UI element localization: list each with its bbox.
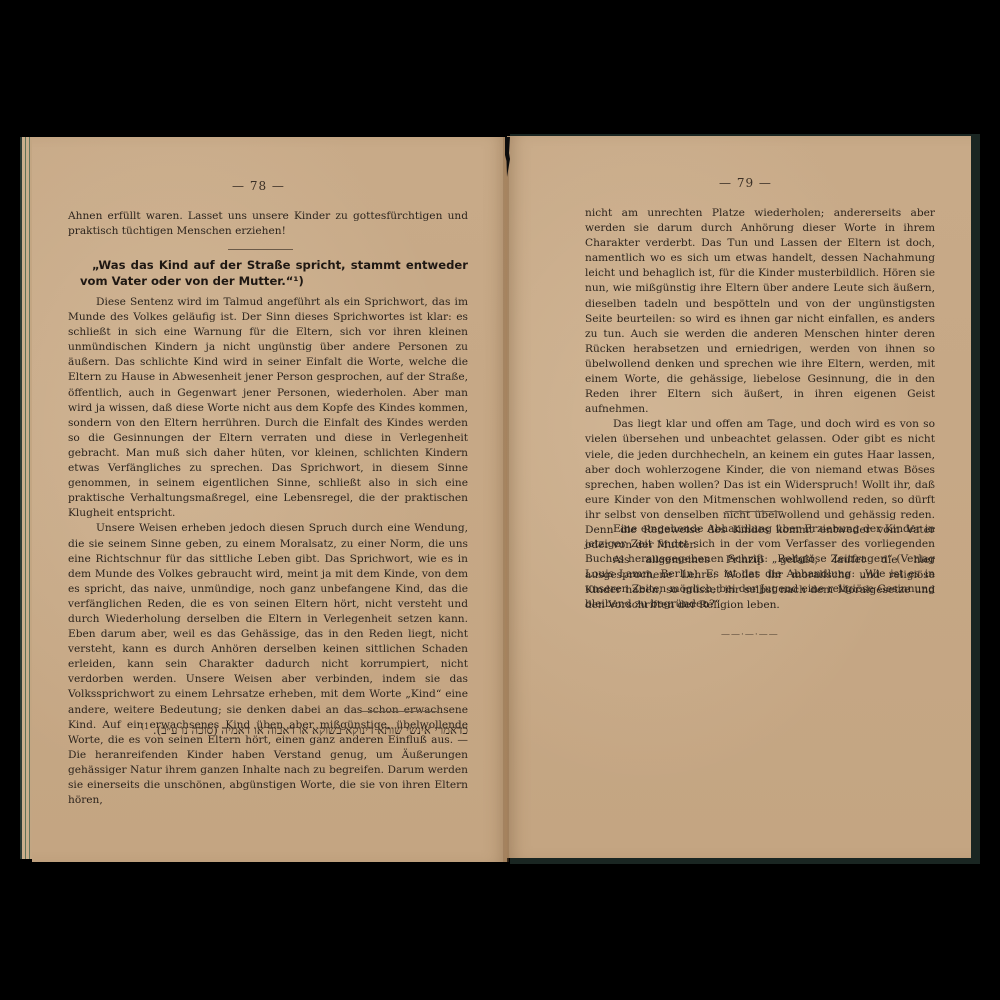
right-page: — 79 — nicht am unrechten Platze wiederh…	[507, 136, 971, 858]
paragraph: Diese Sentenz wird im Talmud angeführt a…	[68, 295, 468, 521]
opening-text: Ahnen erfüllt waren. Lasset uns unsere K…	[68, 209, 468, 239]
reference-note: Eine eingehende Abhandlung über Erziehun…	[585, 522, 935, 613]
section-divider	[228, 249, 293, 250]
paragraph: nicht am unrechten Platze wiederholen; a…	[585, 206, 935, 417]
footnote: כדאמרי אינשי שותא דינוקא בשוקא או דאבוה …	[68, 717, 468, 740]
book-gutter	[503, 137, 509, 862]
right-note: Eine eingehende Abhandlung über Erziehun…	[585, 522, 935, 613]
book-cover-left-edge	[20, 137, 32, 859]
footnote-text: כדאמרי אינשי שותא דינוקא בשוקא או דאבוה …	[153, 723, 468, 737]
page-number-right: — 79 —	[719, 176, 772, 190]
footnote-divider	[362, 711, 437, 712]
footnote-marker: 1)	[141, 722, 149, 731]
paragraph: Unsere Weisen erheben jedoch diesen Spru…	[68, 521, 468, 808]
page-number-left: — 78 —	[232, 179, 285, 193]
open-book: — 78 — Ahnen erfüllt waren. Lasset uns u…	[0, 0, 1000, 1000]
section-divider	[725, 511, 783, 512]
section-heading: „Was das Kind auf der Straße spricht, st…	[80, 257, 468, 289]
left-opening-lines: Ahnen erfüllt waren. Lasset uns unsere K…	[68, 209, 468, 239]
end-ornament: ——·—·——	[721, 630, 779, 640]
left-page: — 78 — Ahnen erfüllt waren. Lasset uns u…	[32, 137, 507, 862]
